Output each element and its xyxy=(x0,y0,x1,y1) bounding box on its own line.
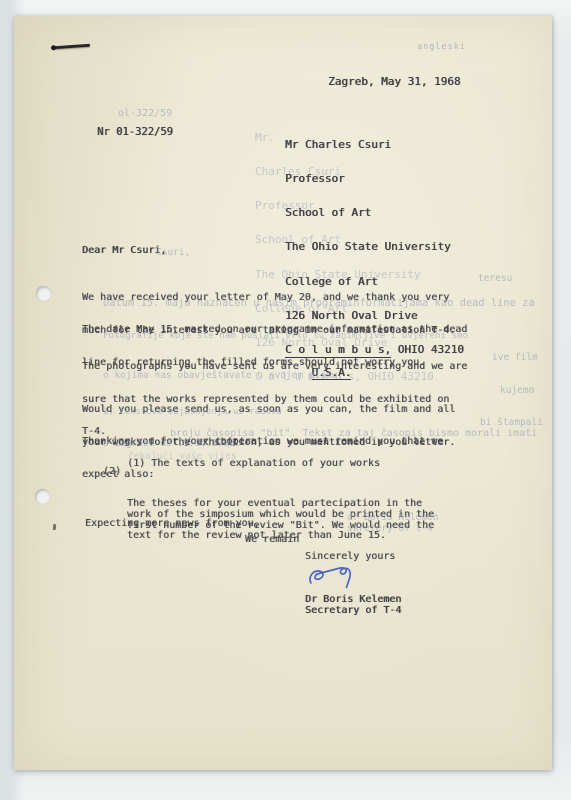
signature-scribble xyxy=(304,561,366,593)
reference-number: Nr 01-322/59 xyxy=(97,127,173,138)
closing-line: We remain xyxy=(245,535,299,546)
ink-speck xyxy=(53,524,56,530)
ghost-fragment: bi štampali xyxy=(480,417,543,428)
ghost-fragment: ive film xyxy=(492,352,538,363)
language-note: angleski xyxy=(417,42,466,53)
ghost-fragment: kujemo xyxy=(500,385,534,396)
ghost-fragment: o kojima nas obavještavate u svojem pism… xyxy=(103,370,343,381)
date-line: Zagreb, May 31, 1968 xyxy=(328,77,460,88)
address-line: Professor xyxy=(285,173,464,184)
punch-hole xyxy=(35,489,50,504)
signer-title: Secretary of T-4 xyxy=(305,606,401,617)
ghost-fragment: teresu xyxy=(478,273,512,284)
address-line: The Ohio State University xyxy=(285,241,464,252)
ghost-fragment: Fotografije koje ste nam poslali vrlo su… xyxy=(103,330,468,341)
letter-paper: angleski Zagreb, May 31, 1968 ol-322/59 … xyxy=(14,16,552,770)
ghost-fragment: Csuri, xyxy=(156,247,190,258)
closing-line: Expecting more news from you, xyxy=(85,519,260,530)
punch-hole xyxy=(36,286,51,301)
ghost-fragment: dr Boris Kelemen xyxy=(347,512,439,523)
scan-background: { "colors":{"paper":"#eae6d1","ink":"#45… xyxy=(0,0,571,800)
list-number: (2) xyxy=(103,467,121,478)
reference-ghost: ol-322/59 xyxy=(118,108,172,119)
staple-mark xyxy=(53,44,90,50)
ghost-fragment: čekajući vaše vijes xyxy=(128,451,237,462)
address-line: Mr Charles Csuri xyxy=(285,139,464,150)
salutation: Dear Mr Csuri, xyxy=(82,246,166,257)
address-line: School of Art xyxy=(285,207,464,218)
ghost-fragment: skretery of t-4 xyxy=(347,523,433,534)
